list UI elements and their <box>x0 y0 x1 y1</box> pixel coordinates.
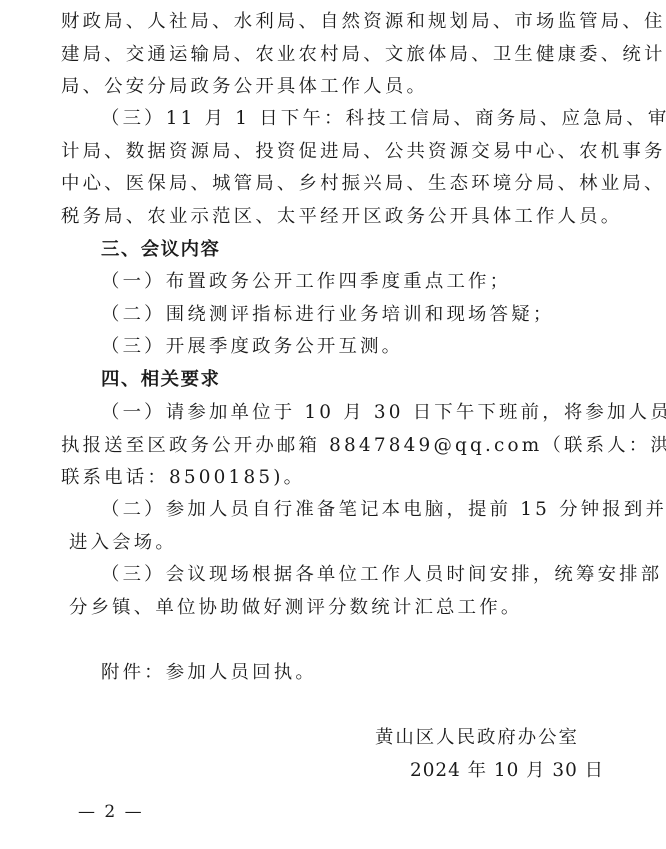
requirement-line: 进入会场。 <box>69 531 177 555</box>
meeting-content-item: （三）开展季度政务公开互测。 <box>101 335 403 359</box>
body-line: （三）11 月 1 日下午：科技工信局、商务局、应急局、审 <box>101 107 666 131</box>
body-line: 中心、医保局、城管局、乡村振兴局、生态环境分局、林业局、 <box>61 172 666 196</box>
meeting-content-item: （二）围绕测评指标进行业务培训和现场答疑； <box>101 303 554 327</box>
body-line: 税务局、农业示范区、太平经开区政务公开具体工作人员。 <box>61 205 622 229</box>
section-heading-requirements: 四、相关要求 <box>101 368 220 392</box>
requirement-line: （二）参加人员自行准备笔记本电脑，提前 15 分钟报到并 <box>101 498 666 522</box>
signature-organization: 黄山区人民政府办公室 <box>375 726 579 750</box>
body-line: 财政局、人社局、水利局、自然资源和规划局、市场监管局、住 <box>61 10 666 34</box>
signature-date: 2024 年 10 月 30 日 <box>410 759 604 783</box>
body-line: 建局、交通运输局、农业农村局、文旅体局、卫生健康委、统计 <box>61 43 666 67</box>
requirement-line: 执报送至区政务公开办邮箱 8847849@qq.com（联系人：洪磊； <box>61 434 666 458</box>
body-line: 局、公安分局政务公开具体工作人员。 <box>61 75 428 99</box>
requirement-line: （三）会议现场根据各单位工作人员时间安排，统筹安排部 <box>101 563 662 587</box>
requirement-line: 联系电话：8500185)。 <box>61 466 305 490</box>
requirement-line: （一）请参加单位于 10 月 30 日下午下班前，将参加人员回 <box>101 401 666 425</box>
page-number: — 2 — <box>78 800 144 824</box>
attachment-note: 附件：参加人员回执。 <box>101 661 317 685</box>
requirement-line: 分乡镇、单位协助做好测评分数统计汇总工作。 <box>69 596 522 620</box>
section-heading-meeting-content: 三、会议内容 <box>101 238 220 262</box>
meeting-content-item: （一）布置政务公开工作四季度重点工作； <box>101 270 511 294</box>
body-line: 计局、数据资源局、投资促进局、公共资源交易中心、农机事务 <box>61 140 666 164</box>
